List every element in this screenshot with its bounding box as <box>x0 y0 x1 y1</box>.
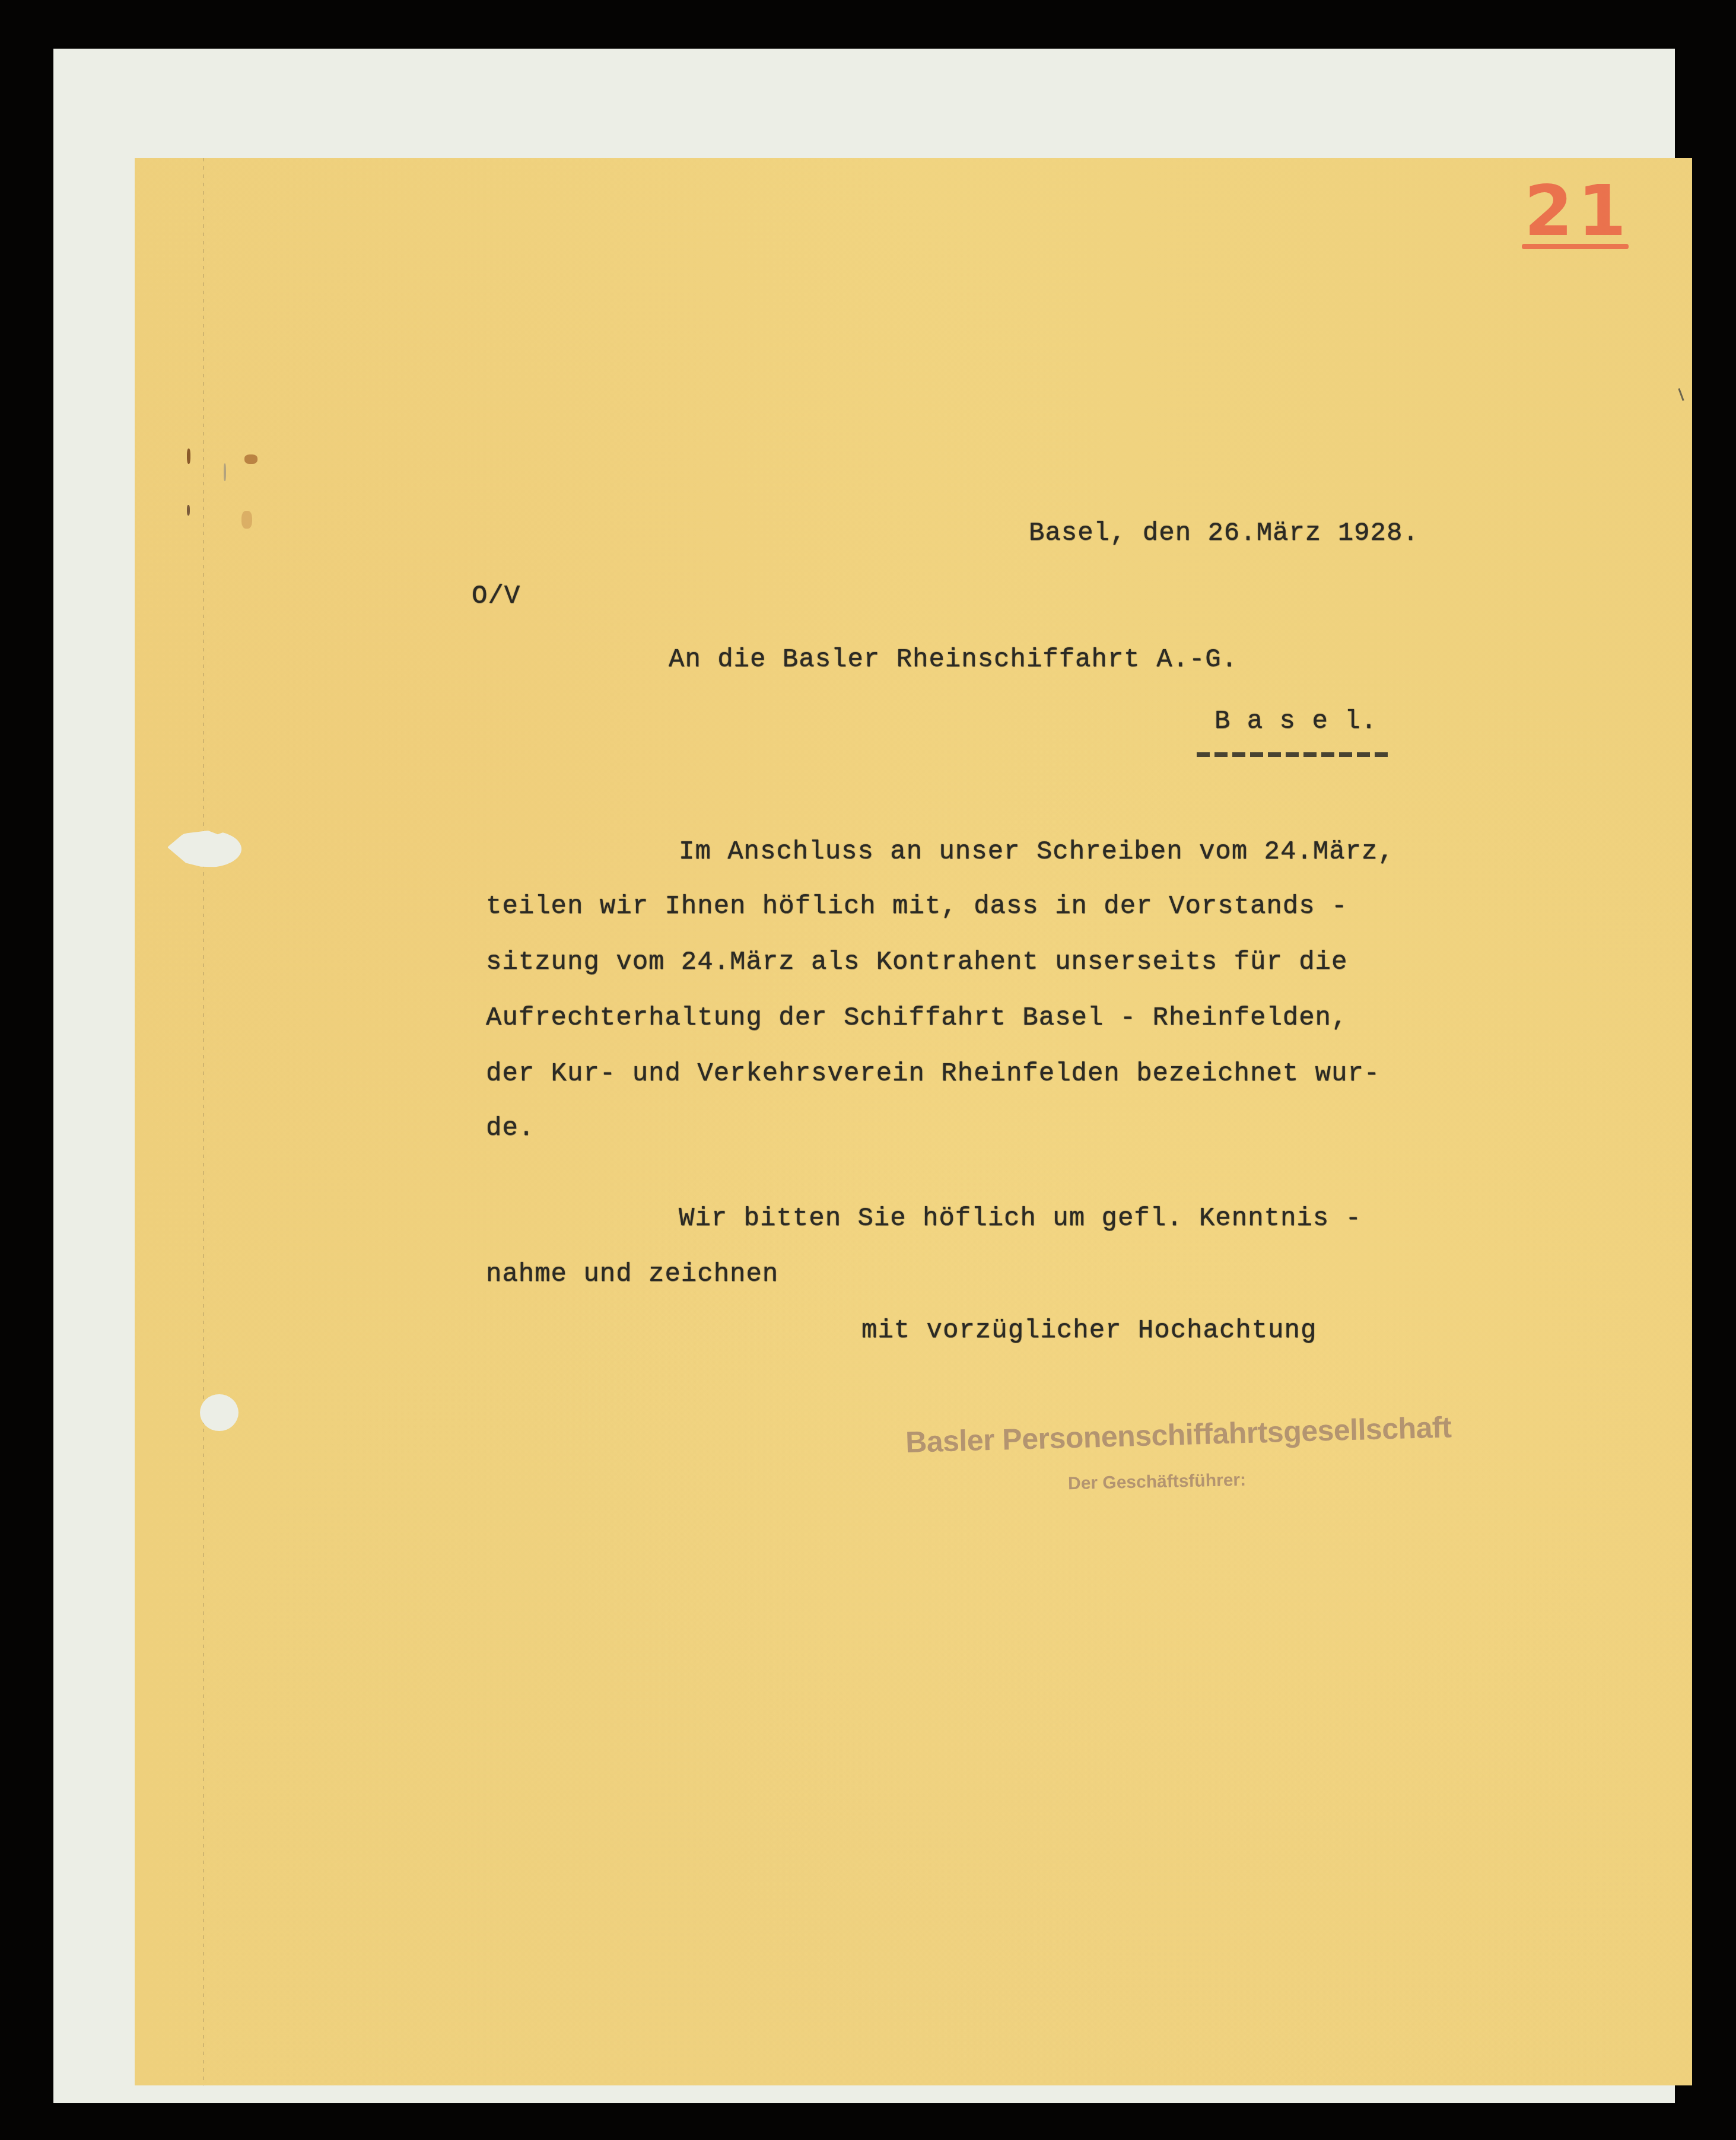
body-line-2: teilen wir Ihnen höflich mit, dass in de… <box>486 893 1347 920</box>
closing-line-1: Wir bitten Sie höflich um gefl. Kenntnis… <box>679 1206 1362 1232</box>
letter-paper: 21 Basel, den 26.März 1928. O/V An die B… <box>135 158 1692 2085</box>
torn-punch-hole <box>167 831 241 867</box>
company-stamp-name: Basler Personenschiffahrtsgesellschaft <box>905 1410 1452 1459</box>
rust-stain <box>241 511 252 529</box>
paper-fold-line <box>203 158 204 2085</box>
pencil-mark <box>1678 388 1684 401</box>
body-line-6: de. <box>486 1115 535 1141</box>
reference-mark: O/V <box>472 583 520 609</box>
company-stamp-title: Der Geschäftsführer: <box>1068 1470 1247 1494</box>
body-line-3: sitzung vom 24.März als Kontrahent unser… <box>486 949 1347 975</box>
closing-line-2: nahme und zeichnen <box>486 1261 778 1287</box>
recipient-line-2: B a s e l. <box>1214 708 1377 734</box>
rust-mark <box>187 449 190 464</box>
body-line-1: Im Anschluss an unser Schreiben vom 24.M… <box>679 839 1394 865</box>
scan-mount-board: 21 Basel, den 26.März 1928. O/V An die B… <box>53 49 1675 2103</box>
pencil-mark <box>224 463 226 481</box>
body-line-4: Aufrechterhaltung der Schiffahrt Basel -… <box>486 1005 1347 1031</box>
archive-number-underline <box>1522 244 1629 249</box>
recipient-line-1: An die Basler Rheinschiffahrt A.-G. <box>669 647 1238 673</box>
salutation: mit vorzüglicher Hochachtung <box>861 1318 1317 1344</box>
body-line-5: der Kur- und Verkehrsverein Rheinfelden … <box>486 1061 1380 1087</box>
rust-mark <box>187 505 190 516</box>
rust-stain <box>244 454 257 464</box>
punch-hole <box>200 1394 239 1431</box>
recipient-underline <box>1197 752 1390 757</box>
date-line: Basel, den 26.März 1928. <box>1029 520 1419 546</box>
archive-number: 21 <box>1524 170 1631 252</box>
